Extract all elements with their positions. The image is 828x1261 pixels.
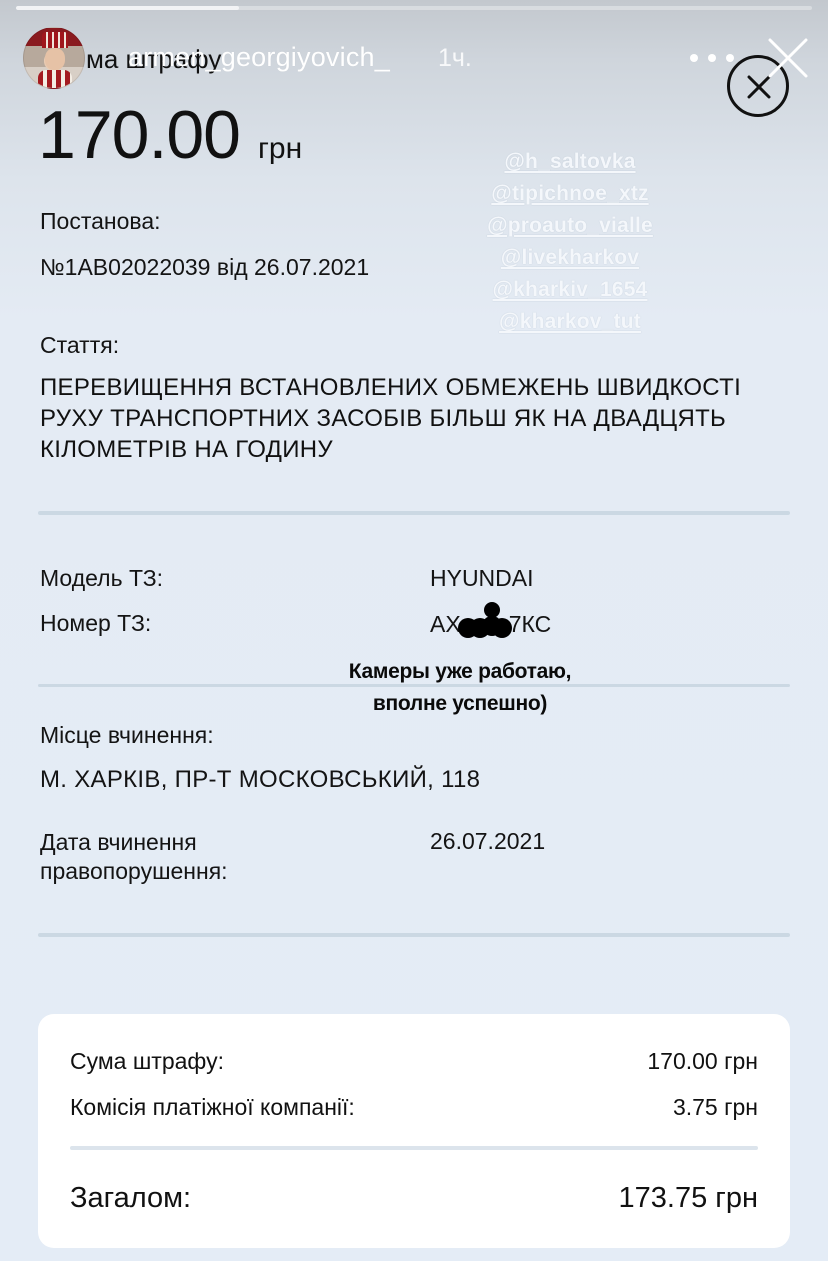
story-mention-link[interactable]: @h_saltovka xyxy=(470,146,670,178)
payment-summary-card: Сума штрафу: 170.00 грн Комісія платіжно… xyxy=(38,1014,790,1248)
story-mentions: @h_saltovka@tipichnoe_xtz@proauto_vialle… xyxy=(470,146,670,338)
summary-row-commission: Комісія платіжної компанії: 3.75 грн xyxy=(70,1094,758,1121)
divider xyxy=(38,933,790,937)
avatar[interactable] xyxy=(23,27,85,89)
story-caption-line: вполне успешно) xyxy=(300,688,620,720)
article-label: Стаття: xyxy=(40,332,119,359)
vehicle-number-value: АХ 7КС xyxy=(430,610,551,638)
summary-fine-label: Сума штрафу: xyxy=(70,1048,224,1075)
fine-amount: 170.00 грн xyxy=(38,96,302,174)
resolution-label: Постанова: xyxy=(40,208,161,235)
summary-total-value: 173.75 грн xyxy=(619,1182,758,1215)
avatar-face xyxy=(45,48,65,70)
story-progress-bar xyxy=(16,6,812,10)
more-options-button[interactable] xyxy=(690,52,734,64)
story-username[interactable]: armen_georgiyovich_ xyxy=(128,42,390,73)
story-mention-link[interactable]: @kharkiv_1654 xyxy=(470,274,670,306)
summary-fine-value: 170.00 грн xyxy=(647,1048,758,1075)
more-horizontal-icon xyxy=(726,54,734,62)
summary-row-fine: Сума штрафу: 170.00 грн xyxy=(70,1048,758,1075)
summary-total-label: Загалом: xyxy=(70,1182,191,1215)
story-header: armen_georgiyovich_ 1ч. xyxy=(0,24,828,94)
article-text: ПЕРЕВИЩЕННЯ ВСТАНОВЛЕНИХ ОБМЕЖЕНЬ ШВИДКО… xyxy=(40,372,790,465)
story-timestamp: 1ч. xyxy=(438,44,472,73)
redaction-scribble xyxy=(458,610,512,638)
avatar-collar xyxy=(38,70,72,89)
story-progress-fill xyxy=(16,6,239,10)
story-mention-link[interactable]: @proauto_vialle xyxy=(470,210,670,242)
vehicle-number-label: Номер ТЗ: xyxy=(40,610,151,637)
avatar-crown xyxy=(42,32,68,48)
story-mention-link[interactable]: @livekharkov xyxy=(470,242,670,274)
summary-commission-label: Комісія платіжної компанії: xyxy=(70,1094,355,1121)
vehicle-model-value: HYUNDAI xyxy=(430,565,534,592)
story-mention-link[interactable]: @tipichnoe_xtz xyxy=(470,178,670,210)
story-caption-line: Камеры уже работаю, xyxy=(300,656,620,688)
more-horizontal-icon xyxy=(690,54,698,62)
story-close-button[interactable] xyxy=(766,36,810,80)
vehicle-number-prefix: АХ xyxy=(430,611,461,638)
offense-date-value: 26.07.2021 xyxy=(430,828,545,855)
vehicle-number-suffix: 7КС xyxy=(509,611,552,638)
story-caption: Камеры уже работаю, вполне успешно) xyxy=(300,656,620,720)
place-label: Місце вчинення: xyxy=(40,722,214,749)
close-x-icon xyxy=(766,36,810,80)
place-value: М. ХАРКІВ, ПР-Т МОСКОВСЬКИЙ, 118 xyxy=(40,766,480,794)
divider xyxy=(38,511,790,515)
more-horizontal-icon xyxy=(708,54,716,62)
summary-row-total: Загалом: 173.75 грн xyxy=(70,1182,758,1215)
summary-commission-value: 3.75 грн xyxy=(673,1094,758,1121)
offense-date-label: Дата вчинення правопорушення: xyxy=(40,828,330,886)
vehicle-model-label: Модель ТЗ: xyxy=(40,565,163,592)
resolution-value: №1АВ02022039 від 26.07.2021 xyxy=(40,254,369,281)
story-mention-link[interactable]: @kharkov_tut xyxy=(470,306,670,338)
fine-amount-currency: грн xyxy=(258,132,302,166)
summary-divider xyxy=(70,1146,758,1150)
fine-amount-value: 170.00 xyxy=(38,96,240,174)
